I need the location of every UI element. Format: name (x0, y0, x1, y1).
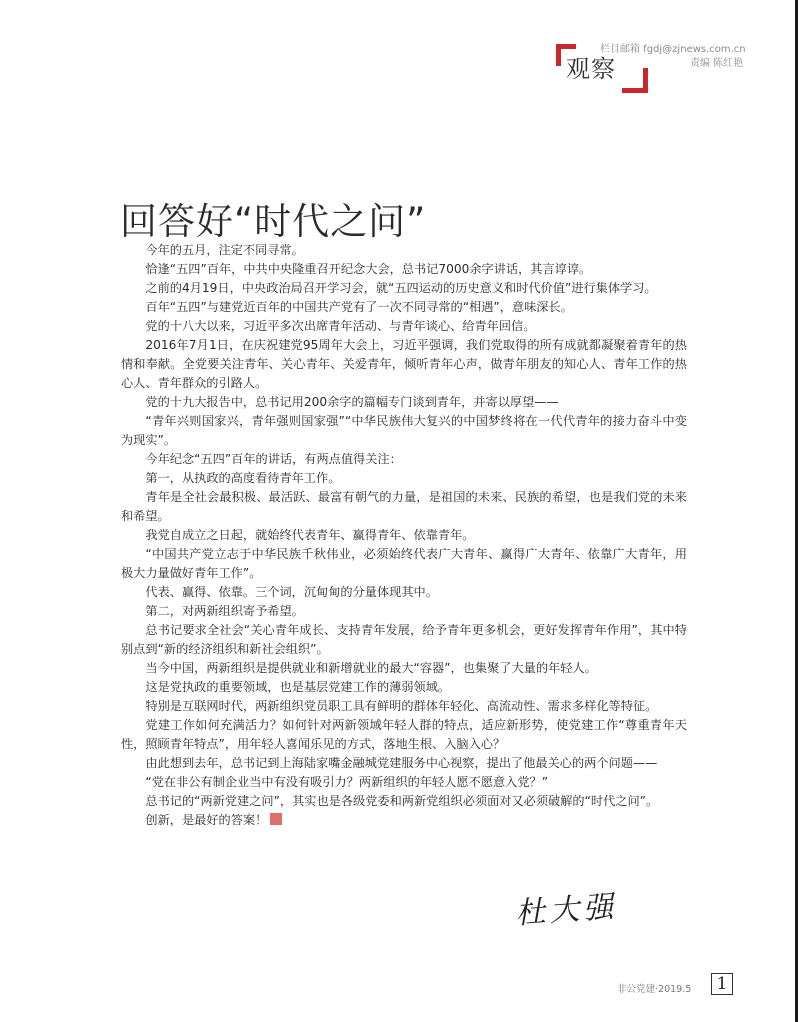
article-title: 回答好“时代之问” (120, 197, 426, 247)
paragraph: 今年纪念“五四”百年的讲话，有两点值得关注： (121, 450, 687, 469)
paragraph: 第二，对两新组织寄予希望。 (121, 602, 687, 621)
page-number: 1 (711, 973, 733, 995)
seal-stamp-icon (270, 813, 282, 825)
footer-publication: 非公党建·2019.5 (617, 981, 691, 995)
paragraph: 这是党执政的重要领域，也是基层党建工作的薄弱领域。 (121, 678, 687, 697)
column-email: 栏目邮箱 fgdj@zjnews.com.cn (600, 40, 746, 55)
closing-text: 创新，是最好的答案！ (145, 813, 267, 827)
bracket-decoration (556, 44, 561, 66)
paragraph: “党在非公有制企业当中有没有吸引力？两新组织的年轻人愿不愿意入党？” (121, 773, 687, 792)
paragraph: 恰逢“五四”百年，中共中央隆重召开纪念大会，总书记7000余字讲话，其言谆谆。 (121, 260, 687, 279)
paragraph: 第一，从执政的高度看待青年工作。 (121, 469, 687, 488)
column-editor: 责编 陈红艳 (690, 54, 743, 69)
paragraph: 之前的4月19日，中央政治局召开学习会，就“五四运动的历史意义和时代价值”进行集… (121, 279, 687, 298)
page-edge-border (795, 0, 798, 1022)
paragraph: 特别是互联网时代，两新组织党员职工具有鲜明的群体年轻化、高流动性、需求多样化等特… (121, 697, 687, 716)
bracket-decoration (643, 68, 648, 93)
article-body: 今年的五月，注定不同寻常。 恰逢“五四”百年，中共中央隆重召开纪念大会，总书记7… (121, 241, 687, 830)
author-signature: 杜大强 (514, 881, 619, 932)
paragraph: 党的十九大报告中，总书记用200余字的篇幅专门谈到青年，并寄以厚望—— (121, 393, 687, 412)
paragraph: 当今中国，两新组织是提供就业和新增就业的最大“容器”，也集聚了大量的年轻人。 (121, 659, 687, 678)
paragraph: “青年兴则国家兴，青年强则国家强”“中华民族伟大复兴的中国梦终将在一代代青年的接… (121, 412, 687, 450)
paragraph: 代表、赢得、依靠。三个词，沉甸甸的分量体现其中。 (121, 583, 687, 602)
column-header: 观察 栏目邮箱 fgdj@zjnews.com.cn 责编 陈红艳 (556, 24, 796, 104)
closing-paragraph: 创新，是最好的答案！ (121, 811, 687, 830)
paragraph: 总书记的“两新党建之问”，其实也是各级党委和两新党组织必须面对又必须破解的“时代… (121, 792, 687, 811)
paragraph: 2016年7月1日，在庆祝建党95周年大会上，习近平强调，我们党取得的所有成就都… (121, 336, 687, 393)
paragraph: 总书记要求全社会“关心青年成长、支持青年发展，给予青年更多机会，更好发挥青年作用… (121, 621, 687, 659)
paragraph: 今年的五月，注定不同寻常。 (121, 241, 687, 260)
paragraph: 我党自成立之日起，就始终代表青年、赢得青年、依靠青年。 (121, 526, 687, 545)
paragraph: 党的十八大以来，习近平多次出席青年活动、与青年谈心、给青年回信。 (121, 317, 687, 336)
paragraph: 青年是全社会最积极、最活跃、最富有朝气的力量，是祖国的未来、民族的希望，也是我们… (121, 488, 687, 526)
paragraph: 百年“五四”与建党近百年的中国共产党有了一次不同寻常的“相遇”，意味深长。 (121, 298, 687, 317)
column-name: 观察 (566, 54, 616, 84)
paragraph: 党建工作如何充满活力？如何针对两新领域年轻人群的特点，适应新形势，使党建工作“尊… (121, 716, 687, 754)
paragraph: “中国共产党立志于中华民族千秋伟业，必须始终代表广大青年、赢得广大青年、依靠广大… (121, 545, 687, 583)
paragraph: 由此想到去年，总书记到上海陆家嘴金融城党建服务中心视察，提出了他最关心的两个问题… (121, 754, 687, 773)
